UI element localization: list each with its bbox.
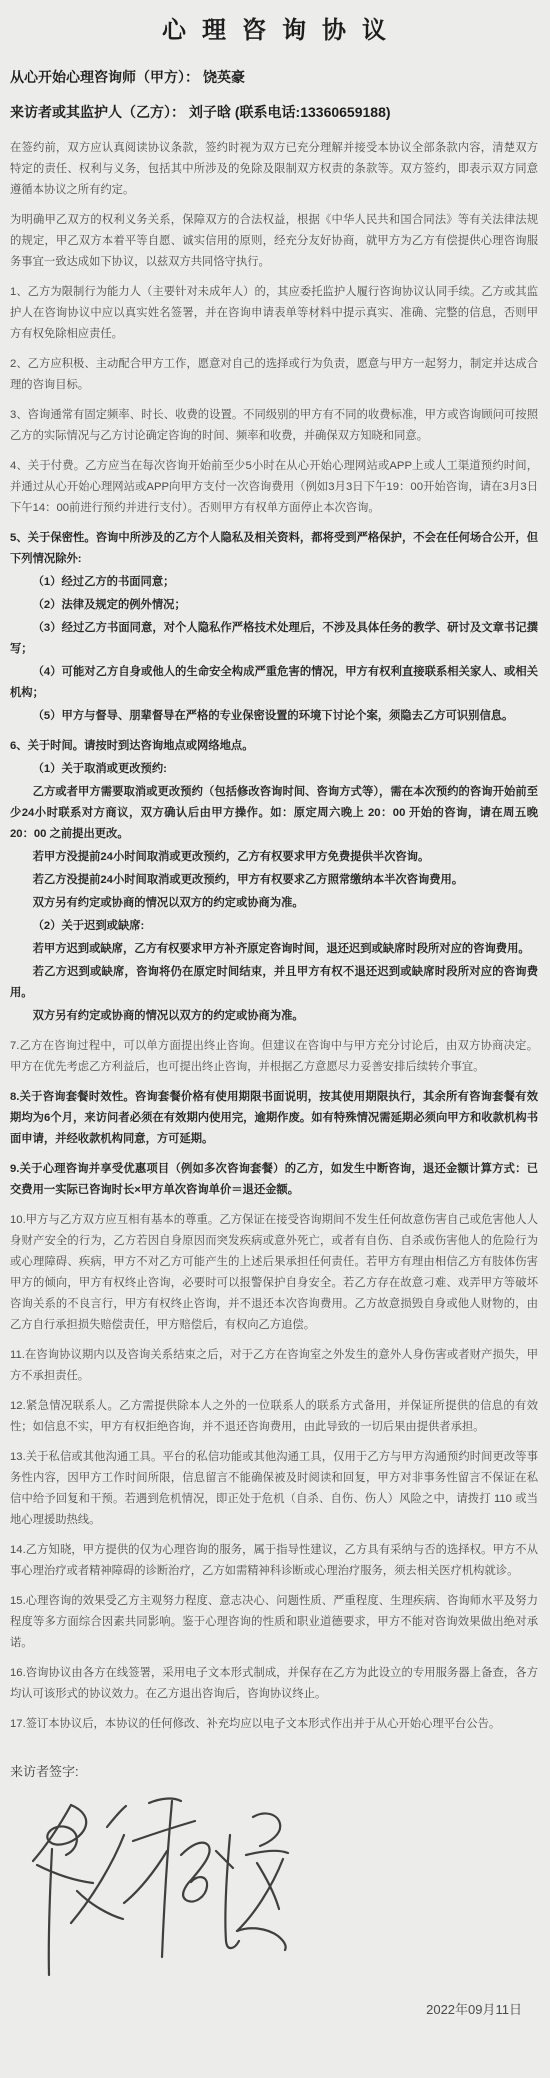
agreement-paragraph: 若甲方没提前24小时间取消或更改预约，乙方有权要求甲方免费提供半次咨询。 — [10, 847, 538, 868]
visitor-signature-area — [16, 1793, 538, 1983]
party-a-label: 从心开始心理咨询师（甲方）： — [10, 69, 199, 85]
visitor-signature-label: 来访者签字: — [10, 1763, 538, 1781]
agreement-paragraph: 10.甲方与乙方双方应互相有基本的尊重。乙方保证在接受咨询期间不发生任何故意伤害… — [10, 1210, 538, 1336]
agreement-paragraph: 双方另有约定或协商的情况以双方的约定或协商为准。 — [10, 893, 538, 914]
agreement-paragraph: 15.心理咨询的效果受乙方主观努力程度、意志决心、问题性质、严重程度、生理疾病、… — [10, 1591, 538, 1654]
agreement-paragraph: 1、乙方为限制行为能力人（主要针对未成年人）的，其应委托监护人履行咨询协议认同手… — [10, 282, 538, 345]
agreement-paragraph: 3、咨询通常有固定频率、时长、收费的设置。不同级别的甲方有不同的收费标准，甲方或… — [10, 405, 538, 447]
agreement-paragraph: （1）经过乙方的书面同意； — [10, 572, 538, 593]
agreement-paragraph: （1）关于取消或更改预约: — [10, 759, 538, 780]
agreement-paragraph: 2、乙方应积极、主动配合甲方工作，愿意对自己的选择或行为负责，愿意与甲方一起努力… — [10, 354, 538, 396]
agreement-paragraph: 11.在咨询协议期内以及咨询关系结束之后，对于乙方在咨询室之外发生的意外人身伤害… — [10, 1345, 538, 1387]
agreement-paragraph: 4、关于付费。乙方应当在每次咨询开始前至少5小时在从心开始心理网站或APP上或人… — [10, 456, 538, 519]
agreement-paragraph: 17.签订本协议后，本协议的任何修改、补充均应以电子文本形式作出并于从心开始心理… — [10, 1714, 538, 1735]
agreement-paragraph: （4）可能对乙方自身或他人的生命安全构成严重危害的情况，甲方有权利直接联系相关家… — [10, 662, 538, 704]
agreement-paragraph: 若乙方迟到或缺席，咨询将仍在原定时间结束，并且甲方有权不退还迟到或缺席时段所对应… — [10, 962, 538, 1004]
agreement-page: { "document": { "title": "心理咨询协议", "part… — [0, 0, 550, 2078]
party-b-label: 来访者或其监护人（乙方）： — [10, 104, 185, 120]
agreement-paragraph: （5）甲方与督导、朋辈督导在严格的专业保密设置的环境下讨论个案，须隐去乙方可识别… — [10, 706, 538, 727]
agreement-paragraph: 若甲方迟到或缺席，乙方有权要求甲方补齐原定咨询时间，退还迟到或缺席时段所对应的咨… — [10, 939, 538, 960]
agreement-paragraph: 在签约前，双方应认真阅读协议条款，签约时视为双方已充分理解并接受本协议全部条款内… — [10, 138, 538, 201]
visitor-signature-drawing — [16, 1793, 296, 1983]
agreement-paragraph: 8.关于咨询套餐时效性。咨询套餐价格有使用期限书面说明，按其使用期限执行，其余所… — [10, 1087, 538, 1150]
agreement-paragraphs: 在签约前，双方应认真阅读协议条款，签约时视为双方已充分理解并接受本协议全部条款内… — [10, 138, 538, 1735]
agreement-paragraph: 13.关于私信或其他沟通工具。平台的私信功能或其他沟通工具，仅用于乙方与甲方沟通… — [10, 1447, 538, 1531]
party-a-name: 饶英豪 — [203, 69, 245, 85]
agreement-paragraph: 7.乙方在咨询过程中，可以单方面提出终止咨询。但建议在咨询中与甲方充分讨论后，由… — [10, 1036, 538, 1078]
agreement-paragraph: 若乙方没提前24小时间取消或更改预约，甲方有权要求乙方照常缴纳本半次咨询费用。 — [10, 870, 538, 891]
agreement-paragraph: 9.关于心理咨询并享受优惠项目（例如多次咨询套餐）的乙方，如发生中断咨询，退还金… — [10, 1159, 538, 1201]
agreement-paragraph: 乙方或者甲方需要取消或更改预约（包括修改咨询时间、咨询方式等），需在本次预约的咨… — [10, 782, 538, 845]
agreement-paragraph: （2）关于迟到或缺席: — [10, 916, 538, 937]
party-b-line: 来访者或其监护人（乙方）：刘子晗 (联系电话:13360659188) — [10, 102, 538, 122]
agreement-paragraph: 14.乙方知晓，甲方提供的仅为心理咨询的服务，属于指导性建议，乙方具有采纳与否的… — [10, 1540, 538, 1582]
page-title: 心理咨询协议 — [10, 10, 538, 45]
party-b-name: 刘子晗 (联系电话:13360659188) — [189, 104, 391, 120]
agreement-paragraph: （2）法律及规定的例外情况； — [10, 595, 538, 616]
agreement-paragraph: 为明确甲乙双方的权利义务关系，保障双方的合法权益，根据《中华人民共和国合同法》等… — [10, 210, 538, 273]
signature-date: 2022年09月11日 — [10, 1999, 538, 2018]
party-a-line: 从心开始心理咨询师（甲方）：饶英豪 — [10, 67, 538, 87]
agreement-paragraph: 5、关于保密性。咨询中所涉及的乙方个人隐私及相关资料，都将受到严格保护，不会在任… — [10, 528, 538, 570]
agreement-paragraph: 6、关于时间。请按时到达咨询地点或网络地点。 — [10, 736, 538, 757]
agreement-paragraph: 16.咨询协议由各方在线签署，采用电子文本形式制成，并保存在乙方为此设立的专用服… — [10, 1663, 538, 1705]
agreement-paragraph: （3）经过乙方书面同意，对个人隐私作严格技术处理后，不涉及具体任务的教学、研讨及… — [10, 618, 538, 660]
agreement-paragraph: 双方另有约定或协商的情况以双方的约定或协商为准。 — [10, 1006, 538, 1027]
agreement-paragraph: 12.紧急情况联系人。乙方需提供除本人之外的一位联系人的联系方式备用，并保证所提… — [10, 1396, 538, 1438]
